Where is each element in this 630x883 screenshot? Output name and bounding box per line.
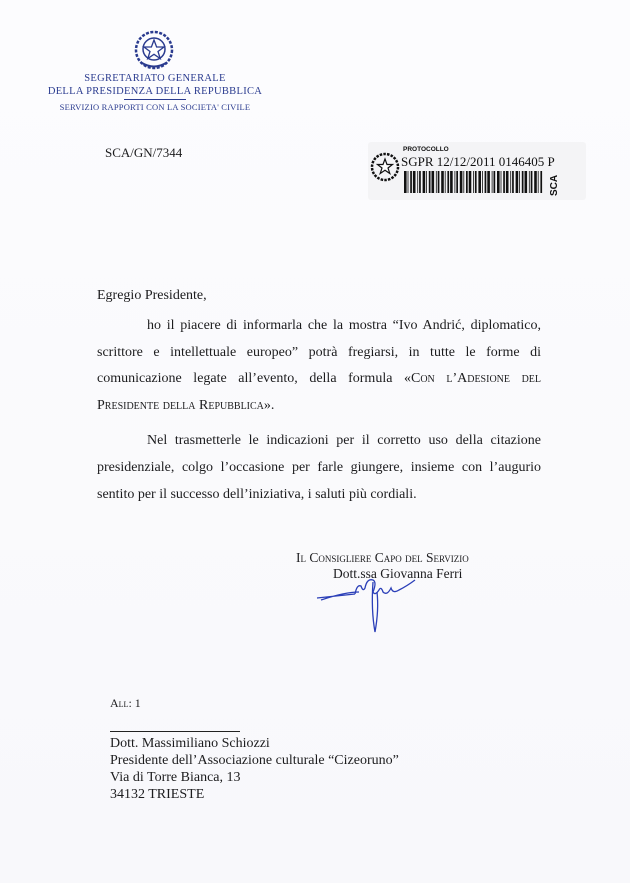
recipient-address: Dott. Massimiliano Schiozzi Presidente d… [110, 735, 399, 803]
protocol-side-code: SCA [549, 196, 565, 218]
letterhead-divider [124, 99, 186, 100]
protocol-side-code-text: SCA [549, 175, 560, 196]
letter-page: SEGRETARIATO GENERALE DELLA PRESIDENZA D… [0, 0, 630, 883]
recipient-role: Presidente dell’Associazione culturale “… [110, 752, 399, 769]
address-divider [110, 731, 240, 732]
paragraph-2: Nel trasmetterle le indicazioni per il c… [97, 428, 541, 508]
handwritten-signature-icon [315, 570, 435, 635]
barcode-icon [404, 171, 544, 193]
letter-body: ho il piacere di informarla che la mostr… [97, 313, 541, 508]
recipient-city: 34132 TRIESTE [110, 786, 399, 803]
protocol-code: SGPR 12/12/2011 0146405 P [401, 154, 555, 170]
recipient-street: Via di Torre Bianca, 13 [110, 769, 399, 786]
protocol-label: PROTOCOLLO [403, 146, 449, 153]
recipient-name: Dott. Massimiliano Schiozzi [110, 735, 399, 752]
paragraph-1-end: . [271, 398, 275, 413]
signatory-title: Il Consigliere Capo del Servizio [296, 550, 469, 566]
letterhead-line-1: SEGRETARIATO GENERALE [20, 72, 290, 85]
letterhead-line-2: DELLA PRESIDENZA DELLA REPUBBLICA [20, 85, 290, 98]
letterhead: SEGRETARIATO GENERALE DELLA PRESIDENZA D… [20, 72, 290, 113]
paragraph-1: ho il piacere di informarla che la mostr… [97, 313, 541, 419]
letterhead-line-3: SERVIZIO RAPPORTI CON LA SOCIETA' CIVILE [20, 102, 290, 113]
italian-republic-emblem-icon [134, 30, 174, 70]
protocol-stamp: PROTOCOLLO SGPR 12/12/2011 0146405 P SCA [368, 142, 586, 200]
italian-republic-emblem-icon [370, 150, 400, 184]
attachments-count: All: 1 [110, 696, 141, 711]
reference-number: SCA/GN/7344 [105, 145, 182, 161]
salutation: Egregio Presidente, [97, 288, 207, 304]
